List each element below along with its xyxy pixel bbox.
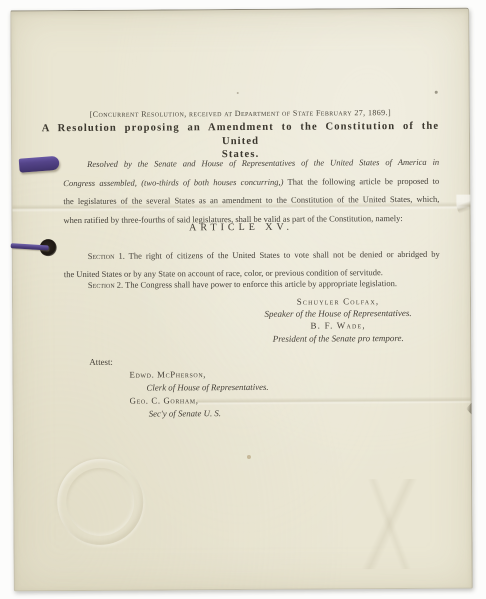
paper-speck xyxy=(435,91,438,94)
preamble-line-2: Congress assembled, (two-thirds of both … xyxy=(63,171,439,192)
attest-name-mcpherson: Edwd. McPherson, xyxy=(129,369,206,379)
embossed-seal xyxy=(57,459,144,546)
section-1-line-1: Section 1. The right of citizens of the … xyxy=(64,245,440,265)
purple-ribbon-strand xyxy=(11,243,49,250)
signature-block: Schuyler Colfax, Speaker of the House of… xyxy=(218,295,458,345)
attest-label: Attest: xyxy=(89,357,113,367)
title-line-1: A Resolution proposing an Amendment to t… xyxy=(40,120,441,149)
section-2-text: Section 2. The Congress shall have power… xyxy=(64,278,464,290)
receipt-note: [Concurrent Resolution, received at Depa… xyxy=(12,108,469,120)
attest-name-gorham: Geo. C. Gorham, xyxy=(130,395,199,405)
photo-background: [Concurrent Resolution, received at Depa… xyxy=(0,0,486,599)
preamble-line-3: the legislatures of the several States a… xyxy=(63,190,439,211)
edge-notch xyxy=(465,403,472,415)
wrinkle-creases xyxy=(314,479,465,570)
resolving-clause: Resolved by the Senate and House of Repr… xyxy=(63,153,439,230)
edge-tear xyxy=(456,195,470,217)
attest-title-gorham: Sec'y of Senate U. S. xyxy=(149,408,221,418)
preamble-line-1: Resolved by the Senate and House of Repr… xyxy=(63,153,439,174)
paper-speck xyxy=(237,92,239,94)
horizontal-fold-crease-bottom xyxy=(196,397,470,406)
signature-title-wade: President of the Senate pro tempore. xyxy=(218,331,458,345)
article-heading: ARTICLE XV. xyxy=(13,221,470,235)
attest-title-mcpherson: Clerk of House of Representatives. xyxy=(147,382,269,393)
paper-stain xyxy=(247,455,251,459)
document-sheet: [Concurrent Resolution, received at Depa… xyxy=(10,8,473,592)
